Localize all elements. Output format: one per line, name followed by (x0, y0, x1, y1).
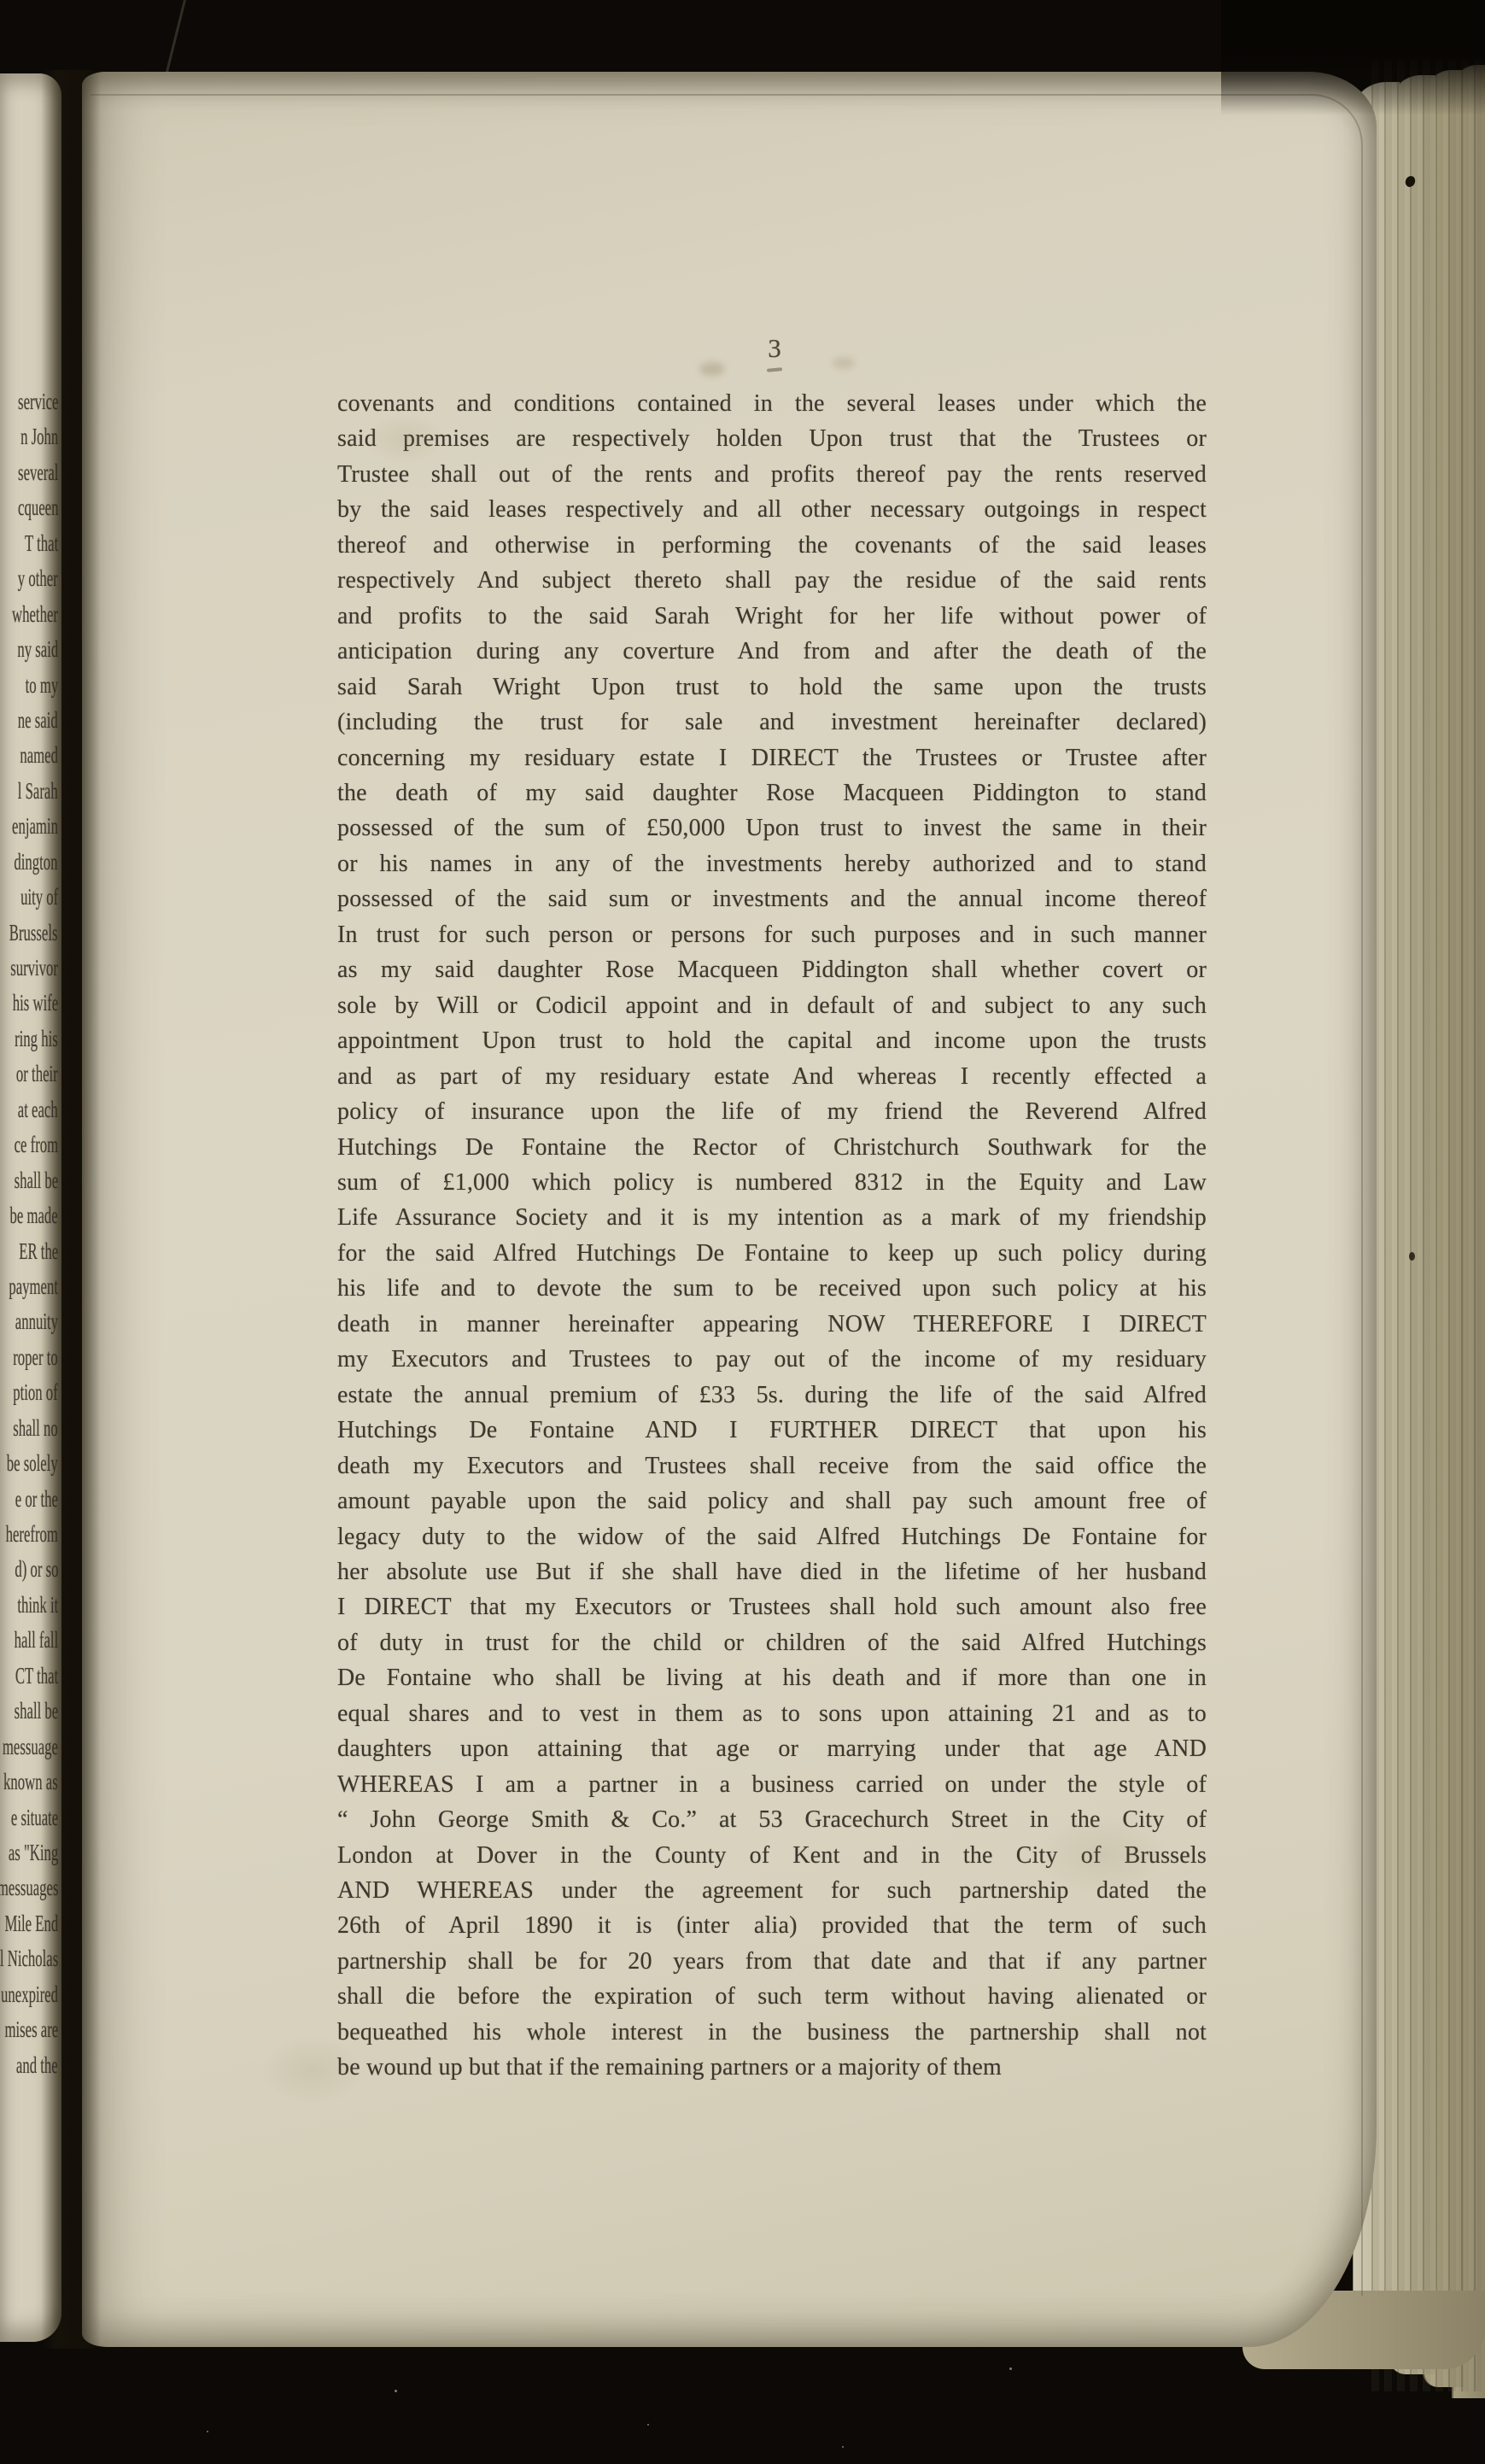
cutoff-text-row: n John (0, 421, 61, 456)
text-line: my Executors and Trustees to pay out of … (337, 1342, 1207, 1377)
dust-speck (207, 2431, 208, 2432)
cutoff-text-fragment: think it (17, 1592, 58, 1618)
text-line: I DIRECT that my Executors or Trustees s… (337, 1589, 1207, 1624)
cutoff-text-fragment: shall no (13, 1415, 58, 1442)
text-line: Hutchings De Fontaine the Rector of Chri… (337, 1130, 1207, 1165)
cutoff-text-fragment: roper to (13, 1344, 58, 1371)
cutoff-text-row: ring his (0, 1023, 61, 1058)
cutoff-text-fragment: named (20, 742, 58, 769)
text-line: of duty in trust for the child or childr… (337, 1625, 1207, 1660)
page-number: 3 (723, 333, 826, 364)
cutoff-text-fragment: ne said (18, 707, 58, 734)
dust-speck (395, 2390, 397, 2392)
cutoff-text-row: ne said (0, 705, 61, 740)
text-line: shall die before the expiration of such … (337, 1979, 1207, 2014)
cutoff-text-fragment: Brussels (9, 920, 58, 946)
cutoff-text-column: service n John several cqueen T that (0, 386, 61, 2085)
text-line: appointment Upon trust to hold the capit… (337, 1023, 1207, 1058)
cutoff-text-row: be made (0, 1200, 61, 1235)
cutoff-text-fragment: hall fall (14, 1627, 58, 1653)
cutoff-text-fragment: be made (10, 1203, 58, 1229)
text-line: estate the annual premium of £33 5s. dur… (337, 1378, 1207, 1413)
cutoff-text-row: be solely (0, 1448, 61, 1483)
cutoff-text-row: several (0, 457, 61, 492)
cutoff-text-fragment: n John (20, 424, 58, 450)
cutoff-text-row: whether (0, 599, 61, 634)
cutoff-text-row: y other (0, 563, 61, 598)
text-line: amount payable upon the said policy and … (337, 1484, 1207, 1519)
text-line: policy of insurance upon the life of my … (337, 1094, 1207, 1129)
cutoff-text-fragment: shall be (14, 1698, 58, 1724)
cutoff-text-row: T that (0, 528, 61, 563)
cutoff-text-fragment: be solely (7, 1450, 58, 1477)
cutoff-text-fragment: enjamin (12, 813, 58, 840)
cutoff-text-fragment: whether (12, 601, 58, 628)
text-line: as my said daughter Rose Macqueen Piddin… (337, 952, 1207, 987)
cutoff-text-row: uity of (0, 881, 61, 916)
cutoff-text-fragment: to my (25, 672, 58, 699)
text-line: sole by Will or Codicil appoint and in d… (337, 988, 1207, 1023)
cutoff-text-fragment: or their (16, 1061, 58, 1087)
text-line: said Sarah Wright Upon trust to hold the… (337, 670, 1207, 705)
cutoff-text-fragment: annuity (15, 1308, 58, 1335)
cutoff-text-fragment: d) or so (15, 1556, 58, 1583)
text-line: 26th of April 1890 it is (inter alia) pr… (337, 1908, 1207, 1943)
text-line: concerning my residuary estate I DIRECT … (337, 740, 1207, 775)
text-line: and profits to the said Sarah Wright for… (337, 599, 1207, 634)
text-line: his life and to devote the sum to be rec… (337, 1271, 1207, 1306)
text-line: In trust for such person or persons for … (337, 917, 1207, 952)
cutoff-text-row: shall be (0, 1165, 61, 1200)
cutoff-text-fragment: at each (18, 1097, 58, 1123)
dust-speck (842, 2446, 844, 2448)
cutoff-text-fragment: ny said (17, 636, 58, 663)
cutoff-text-row: Brussels (0, 917, 61, 952)
text-line: London at Dover in the County of Kent an… (337, 1838, 1207, 1873)
page-number-area: 3 (723, 333, 826, 372)
cutoff-text-row: messuages (0, 1872, 61, 1907)
cutoff-text-row: Mile End (0, 1908, 61, 1943)
cutoff-text-row: ce from (0, 1129, 61, 1164)
cutoff-text-row: ption of (0, 1377, 61, 1412)
text-line: the death of my said daughter Rose Macqu… (337, 775, 1207, 811)
text-line: AND WHEREAS under the agreement for such… (337, 1873, 1207, 1908)
cutoff-text-fragment: Mile End (4, 1911, 58, 1937)
cutoff-text-fragment: ce from (14, 1132, 58, 1158)
cutoff-text-row: at each (0, 1094, 61, 1129)
cutoff-text-fragment: ption of (13, 1379, 58, 1406)
cutoff-text-row: dington (0, 846, 61, 881)
cutoff-text-fragment: mises are (4, 2016, 58, 2043)
cutoff-text-fragment: l Sarah (18, 778, 58, 805)
text-line: and as part of my residuary estate And w… (337, 1059, 1207, 1094)
cutoff-text-fragment: y other (18, 565, 58, 592)
cutoff-text-row: payment (0, 1271, 61, 1306)
cutoff-text-row: l Sarah (0, 775, 61, 811)
scanned-book-photo: service n John several cqueen T that (0, 0, 1485, 2464)
cutoff-text-fragment: service (18, 389, 58, 415)
text-line: legacy duty to the widow of the said Alf… (337, 1519, 1207, 1554)
cutoff-text-fragment: ring his (15, 1026, 58, 1052)
cutoff-text-row: as "King (0, 1837, 61, 1872)
cutoff-text-fragment: survivor (10, 955, 58, 981)
cutoff-text-fragment: ER the (19, 1238, 58, 1265)
ink-speck (1409, 1252, 1415, 1261)
text-line: partnership shall be for 20 years from t… (337, 1944, 1207, 1979)
cutoff-text-row: ny said (0, 634, 61, 669)
previous-page-edge: service n John several cqueen T that (0, 73, 61, 2342)
printer-mark (767, 367, 782, 372)
cutoff-text-row: herefrom (0, 1519, 61, 1554)
text-line: covenants and conditions contained in th… (337, 386, 1207, 421)
cutoff-text-fragment: and the (16, 2052, 58, 2079)
cutoff-text-fragment: e situate (11, 1805, 58, 1831)
cutoff-text-row: think it (0, 1589, 61, 1624)
text-line: possessed of the said sum or investments… (337, 881, 1207, 916)
cutoff-text-row: enjamin (0, 811, 61, 846)
film-scratch (166, 0, 187, 73)
text-line: said premises are respectively holden Up… (337, 421, 1207, 456)
cutoff-text-row: l Nicholas (0, 1943, 61, 1978)
text-line: daughters upon attaining that age or mar… (337, 1731, 1207, 1766)
cutoff-text-fragment: T that (25, 530, 58, 557)
cutoff-text-fragment: shall be (14, 1168, 58, 1194)
dust-speck (647, 2424, 649, 2426)
text-line: thereof and otherwise in performing the … (337, 528, 1207, 563)
cutoff-text-fragment: as "King (9, 1840, 58, 1866)
text-line: WHEREAS I am a partner in a business car… (337, 1767, 1207, 1802)
cutoff-text-row: cqueen (0, 492, 61, 527)
cutoff-text-row: CT that (0, 1660, 61, 1695)
text-line: possessed of the sum of £50,000 Upon tru… (337, 811, 1207, 846)
cutoff-text-row: d) or so (0, 1554, 61, 1589)
text-line: death in manner hereinafter appearing NO… (337, 1307, 1207, 1342)
dust-speck (1009, 2367, 1012, 2370)
text-line: sum of £1,000 which policy is numbered 8… (337, 1165, 1207, 1200)
cutoff-text-row: mises are (0, 2014, 61, 2049)
cutoff-text-row: e or the (0, 1484, 61, 1519)
text-line: bequeathed his whole interest in the bus… (337, 2015, 1207, 2050)
text-line: Life Assurance Society and it is my inte… (337, 1200, 1207, 1235)
cutoff-text-row: annuity (0, 1306, 61, 1341)
cutoff-text-row: to my (0, 670, 61, 705)
cutoff-text-fragment: uity of (20, 884, 58, 910)
text-line: (including the trust for sale and invest… (337, 705, 1207, 740)
cutoff-text-fragment: l Nicholas (0, 1946, 58, 1972)
text-line: be wound up but that if the remaining pa… (337, 2050, 1207, 2085)
text-line: Hutchings De Fontaine AND I FURTHER DIRE… (337, 1413, 1207, 1448)
paper-smudge (699, 362, 725, 376)
cutoff-text-row: known as (0, 1766, 61, 1801)
cutoff-text-row: service (0, 386, 61, 421)
cutoff-text-row: ER the (0, 1236, 61, 1271)
text-line: for the said Alfred Hutchings De Fontain… (337, 1236, 1207, 1271)
text-line: death my Executors and Trustees shall re… (337, 1449, 1207, 1484)
cutoff-text-row: shall no (0, 1413, 61, 1448)
cutoff-text-fragment: payment (9, 1273, 58, 1300)
text-line: Trustee shall out of the rents and profi… (337, 457, 1207, 492)
cutoff-text-fragment: his wife (13, 990, 58, 1016)
cutoff-text-row: e situate (0, 1802, 61, 1837)
text-line: by the said leases respectively and all … (337, 492, 1207, 527)
cutoff-text-row: hall fall (0, 1624, 61, 1659)
text-line: or his names in any of the investments h… (337, 846, 1207, 881)
cutoff-text-fragment: cqueen (18, 495, 58, 521)
cutoff-text-fragment: dington (15, 849, 58, 875)
cutoff-text-fragment: several (18, 459, 58, 486)
page-text: covenants and conditions contained in th… (337, 386, 1207, 2086)
cutoff-text-row: roper to (0, 1342, 61, 1377)
text-line: respectively And subject thereto shall p… (337, 563, 1207, 598)
text-line: De Fontaine who shall be living at his d… (337, 1660, 1207, 1695)
paper-smudge (833, 357, 855, 369)
cutoff-text-fragment: unexpired (1, 1981, 58, 2008)
cutoff-text-fragment: messuages (0, 1875, 58, 1901)
cutoff-text-row: survivor (0, 952, 61, 987)
text-line: anticipation during any coverture And fr… (337, 634, 1207, 669)
cutoff-text-fragment: CT that (15, 1663, 58, 1689)
cutoff-text-fragment: known as (3, 1769, 58, 1795)
cutoff-text-fragment: messuage (3, 1734, 58, 1760)
cutoff-text-row: or their (0, 1058, 61, 1093)
book-page: 3 covenants and conditions contained in … (82, 72, 1377, 2347)
cutoff-text-row: unexpired (0, 1979, 61, 2014)
cutoff-text-fragment: herefrom (6, 1521, 58, 1548)
cutoff-text-row: his wife (0, 987, 61, 1022)
cutoff-text-row: and the (0, 2050, 61, 2085)
cutoff-text-row: messuage (0, 1731, 61, 1766)
text-line: equal shares and to vest in them as to s… (337, 1696, 1207, 1731)
text-line: “ John George Smith & Co.” at 53 Gracech… (337, 1802, 1207, 1837)
text-line: her absolute use But if she shall have d… (337, 1554, 1207, 1589)
cutoff-text-row: shall be (0, 1695, 61, 1730)
cutoff-text-row: named (0, 740, 61, 775)
cutoff-text-fragment: e or the (15, 1486, 58, 1513)
